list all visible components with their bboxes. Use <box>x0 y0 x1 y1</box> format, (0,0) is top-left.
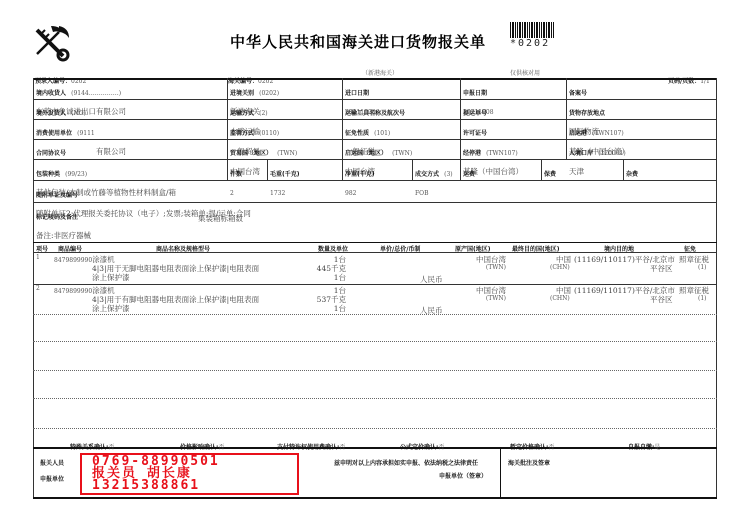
field-deal-mode: 成交方式 (3) FOB <box>415 161 453 199</box>
marks-value: 集装箱标箱数 <box>198 213 243 224</box>
row-dash <box>33 370 717 371</box>
col-line <box>227 78 228 180</box>
barcode-text: *0202 <box>510 38 550 49</box>
goods-header-qty: 数量及单位 <box>318 244 348 253</box>
field-marks: 标记唛码及备注 备注:非医疗器械 <box>36 204 91 242</box>
goods-header-domestic: 境内目的地 <box>604 244 634 253</box>
row-line <box>33 242 717 243</box>
declarant-stamp: 0769-88990501 报关员 胡长康 13215388861 <box>80 453 299 495</box>
frame-left <box>33 78 34 498</box>
goods-header-no: 项号 <box>36 244 48 253</box>
row-dash <box>33 398 717 399</box>
confirm-provisional-price: 暂定价格确认:否 <box>510 434 554 453</box>
row-dash <box>33 428 717 429</box>
verify-note: 仅供核对用 <box>510 68 540 77</box>
field-overseas-shipper: 境外发货人 (NO) <box>36 100 86 119</box>
field-transport-name: 运输工具名称及航次号 <box>345 100 405 119</box>
field-contract-no: 合同协议号 <box>36 140 66 159</box>
declarant-label: 报关人员 <box>40 458 64 467</box>
barcode-icon <box>510 22 554 38</box>
field-bill-no: 提运单号 <box>463 100 487 119</box>
frame-right <box>716 78 717 498</box>
field-freight: 运费 <box>463 161 475 180</box>
customs-name: （新港海关） <box>362 68 398 77</box>
field-entry-port: 入境口岸 (120001) 天津 <box>569 140 626 178</box>
confirm-self-declare: 自报自缴:是 <box>628 434 660 453</box>
confirm-royalty: 支付特许权使用费确认:否 <box>277 434 345 453</box>
goods-header-name: 商品名称及规格型号 <box>156 244 210 253</box>
page-title: 中华人民共和国海关进口货物报关单 <box>230 31 486 52</box>
confirm-formula-price: 公式定价确认:否 <box>400 434 444 453</box>
row-line <box>33 447 717 449</box>
field-license-no: 许可证号 <box>463 120 487 139</box>
col-line <box>541 159 542 180</box>
goods-header-origin: 原产国(地区) <box>455 244 491 253</box>
goods-header-dest: 最终目的国(地区) <box>512 244 560 253</box>
goods-header-code: 商品编号 <box>58 244 82 253</box>
declare-unit-label: 申报单位 <box>40 474 64 483</box>
table-row[interactable]: 1 8479899990涂漆机 4|3|用于无脚电阻器电阻表面涂上保护漆|电阻表… <box>36 254 716 284</box>
declare-unit-seal: 申报单位（签章） <box>439 471 487 480</box>
legal-statement: 兹申明对以上内容承担如实申报、依法纳税之法律责任 <box>334 458 478 467</box>
col-line <box>566 78 567 159</box>
field-insurance: 保费 <box>544 161 556 180</box>
field-gross-weight: 毛重(千克) 1732 <box>270 161 300 199</box>
customs-approval: 海关批注及签章 <box>508 458 550 467</box>
stamp-mobile: 13215388861 <box>92 480 200 491</box>
row-dash <box>33 341 717 342</box>
customs-emblem-icon <box>33 24 71 62</box>
col-line <box>500 448 501 498</box>
goods-header-price: 单价/总价/币制 <box>380 244 420 253</box>
col-line <box>460 78 461 180</box>
frame-bottom <box>33 497 717 499</box>
field-record-no: 备案号 <box>569 80 587 99</box>
confirm-price-impact: 价格影响确认:否 <box>180 434 224 453</box>
goods-header-levy: 征免 <box>684 244 696 253</box>
field-net-weight: 净重(千克) 982 <box>345 161 375 199</box>
confirm-special-relation: 特殊关系确认:否 <box>70 434 114 453</box>
field-misc-fee: 杂费 <box>626 161 638 180</box>
table-row[interactable]: 2 8479899990涂漆机 4|3|用于有脚电阻器电阻表面涂上保护漆|电阻表… <box>36 285 716 315</box>
col-line <box>342 78 343 180</box>
